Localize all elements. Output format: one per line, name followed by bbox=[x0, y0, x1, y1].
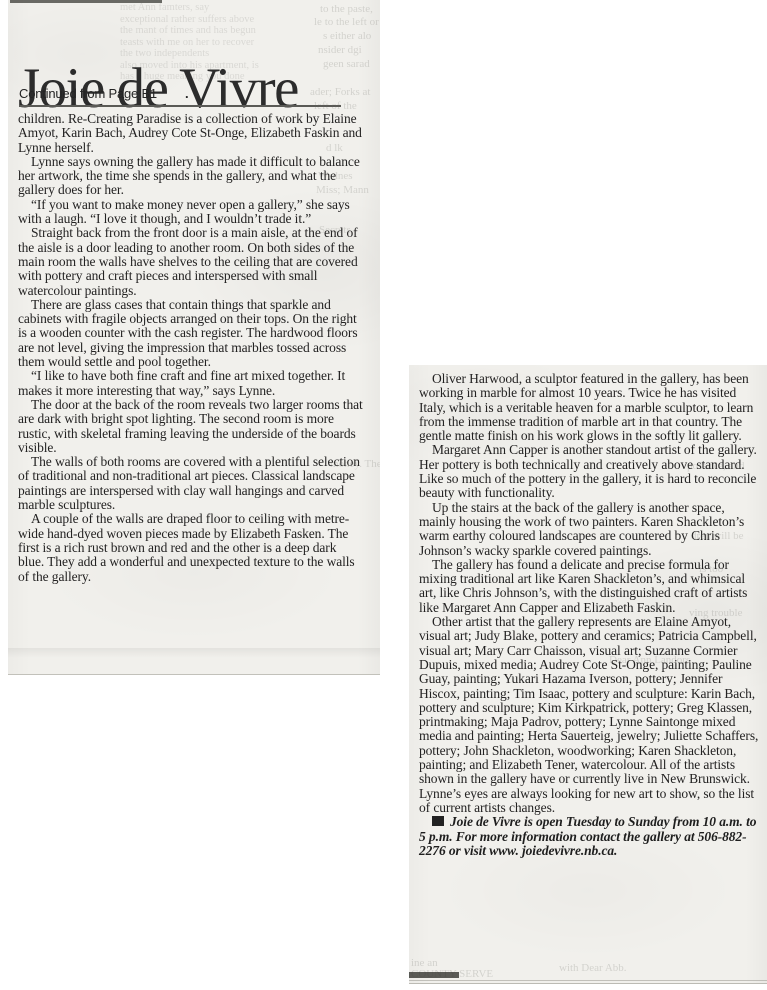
article-paragraph: Straight back from the front door is a m… bbox=[18, 226, 364, 297]
bleed-text-line: teasts with me on her to recover bbox=[120, 37, 320, 49]
scan-edge-line bbox=[409, 980, 767, 981]
article-paragraph: “I like to have both fine craft and fine… bbox=[18, 369, 364, 398]
bleed-text-fragment: nsider dgi bbox=[318, 44, 362, 56]
scan-edge-streak bbox=[409, 972, 459, 978]
article-paragraph: The walls of both rooms are covered with… bbox=[18, 455, 364, 512]
left-clipping: met Ann famters, sayexceptional rather s… bbox=[8, 0, 380, 675]
article-paragraph: “If you want to make money never open a … bbox=[18, 198, 364, 227]
article-paragraph: Oliver Harwood, a sculptor featured in t… bbox=[419, 372, 759, 443]
article-paragraph: A couple of the walls are draped floor t… bbox=[18, 512, 364, 583]
continued-note-dot: . bbox=[185, 86, 188, 101]
bleed-text-line: exceptional rather suffers above bbox=[120, 14, 320, 26]
article-paragraph: children. Re-Creating Paradise is a coll… bbox=[18, 112, 364, 155]
right-clipping: Oliver Harwood, a sculptor featured in t… bbox=[409, 365, 767, 984]
article-paragraph: Other artist that the gallery represents… bbox=[419, 615, 759, 815]
square-bullet-icon bbox=[432, 816, 444, 826]
bleed-text-line: met Ann famters, say bbox=[120, 2, 320, 14]
article-paragraph: Lynne says owning the gallery has made i… bbox=[18, 155, 364, 198]
newspaper-scan-page: met Ann famters, sayexceptional rather s… bbox=[0, 0, 767, 990]
bleed-text-fragment: to the paste, bbox=[320, 3, 373, 15]
right-article-column: Oliver Harwood, a sculptor featured in t… bbox=[419, 372, 759, 858]
article-paragraph: The gallery has found a delicate and pre… bbox=[419, 558, 759, 615]
continued-note: Continued from Page B1. bbox=[19, 86, 188, 101]
continued-rule-divider bbox=[19, 105, 341, 107]
article-paragraph: The door at the back of the room reveals… bbox=[18, 398, 364, 455]
bleed-text-line: the mant of times and has begun bbox=[120, 25, 320, 37]
gallery-info-text: Joie de Vivre is open Tuesday to Sunday … bbox=[419, 814, 756, 858]
left-article-column: children. Re-Creating Paradise is a coll… bbox=[18, 112, 364, 584]
article-paragraph: Up the stairs at the back of the gallery… bbox=[419, 501, 759, 558]
article-paragraph: Margaret Ann Capper is another standout … bbox=[419, 443, 759, 500]
bleed-text-fragment: with Dear Abb. bbox=[559, 962, 627, 974]
bleed-text-fragment: s either alo bbox=[323, 30, 371, 42]
bleed-text-fragment: le to the left or bbox=[314, 16, 379, 28]
gallery-info-note: Joie de Vivre is open Tuesday to Sunday … bbox=[419, 815, 759, 858]
scan-smudge bbox=[8, 648, 380, 658]
continued-note-label: Continued from Page B1 bbox=[19, 86, 157, 101]
article-paragraph: There are glass cases that contain thing… bbox=[18, 298, 364, 369]
bleed-text-fragment: ine an bbox=[411, 957, 438, 969]
